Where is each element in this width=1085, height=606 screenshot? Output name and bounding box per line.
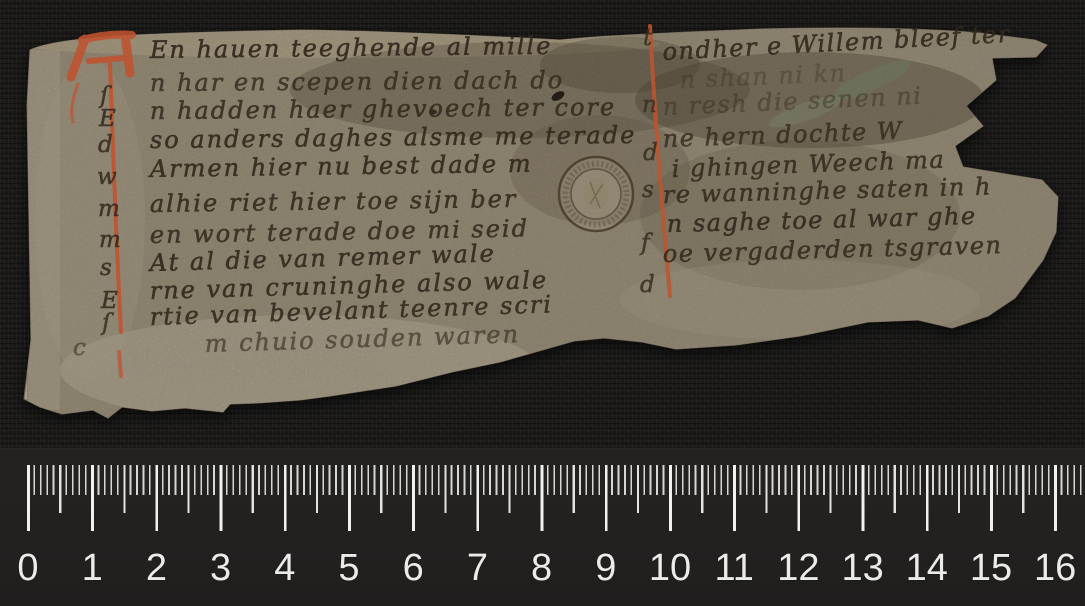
library-stamp-icon	[559, 157, 633, 231]
ruler-label: 4	[274, 549, 295, 587]
ruler-label: 16	[1034, 549, 1076, 587]
ruler-label: 1	[82, 549, 103, 587]
manuscript-line: alhie riet hier toe sijn ber	[150, 185, 518, 218]
margin-letter: E	[98, 106, 116, 132]
manuscript-line: so anders daghes alsme me terade	[150, 121, 637, 154]
ruler-label: 8	[531, 549, 552, 587]
margin-letter: s	[642, 177, 654, 203]
manuscript-line: Armen hier nu best dade m	[148, 150, 533, 183]
manuscript-line: n hadden haer ghevoech ter core	[150, 93, 616, 125]
ruler-label: 3	[210, 549, 231, 587]
margin-letter: d	[643, 140, 658, 166]
manuscript-line: n har en scepen dien dach do	[150, 66, 564, 97]
margin-letter: s	[100, 255, 112, 281]
ruler-major-ticks	[27, 465, 1085, 531]
manuscript-line: En hauen teeghende al mille	[149, 32, 553, 64]
ruler-label: 6	[403, 549, 424, 587]
margin-letter: d	[98, 132, 113, 158]
archival-photograph: ſ E d w m m s E ſ c t n d s f d En hauen…	[0, 0, 1085, 606]
ruler-label: 2	[146, 549, 167, 587]
margin-letter: n	[642, 92, 657, 118]
margin-letter: w	[97, 164, 117, 190]
margin-letter: m	[98, 196, 120, 222]
ruler-label: 7	[467, 549, 488, 587]
ruler-label: 14	[906, 549, 948, 587]
ruler-label: 10	[649, 549, 691, 587]
ruler-label: 12	[777, 549, 819, 587]
ruler-label: 13	[841, 549, 883, 587]
ruler-label: 9	[595, 549, 616, 587]
ruler-label: 15	[970, 549, 1012, 587]
margin-letter: d	[640, 272, 655, 298]
red-ruling-left-end	[119, 352, 121, 376]
margin-letter: t	[643, 25, 653, 51]
margin-letter: c	[73, 335, 86, 361]
ruler-label: 5	[338, 549, 359, 587]
ruler-label: 11	[714, 549, 753, 587]
parchment-fragment: ſ E d w m m s E ſ c t n d s f d En hauen…	[0, 0, 1085, 450]
ruler-label: 0	[17, 549, 38, 587]
margin-letter: m	[99, 227, 121, 253]
